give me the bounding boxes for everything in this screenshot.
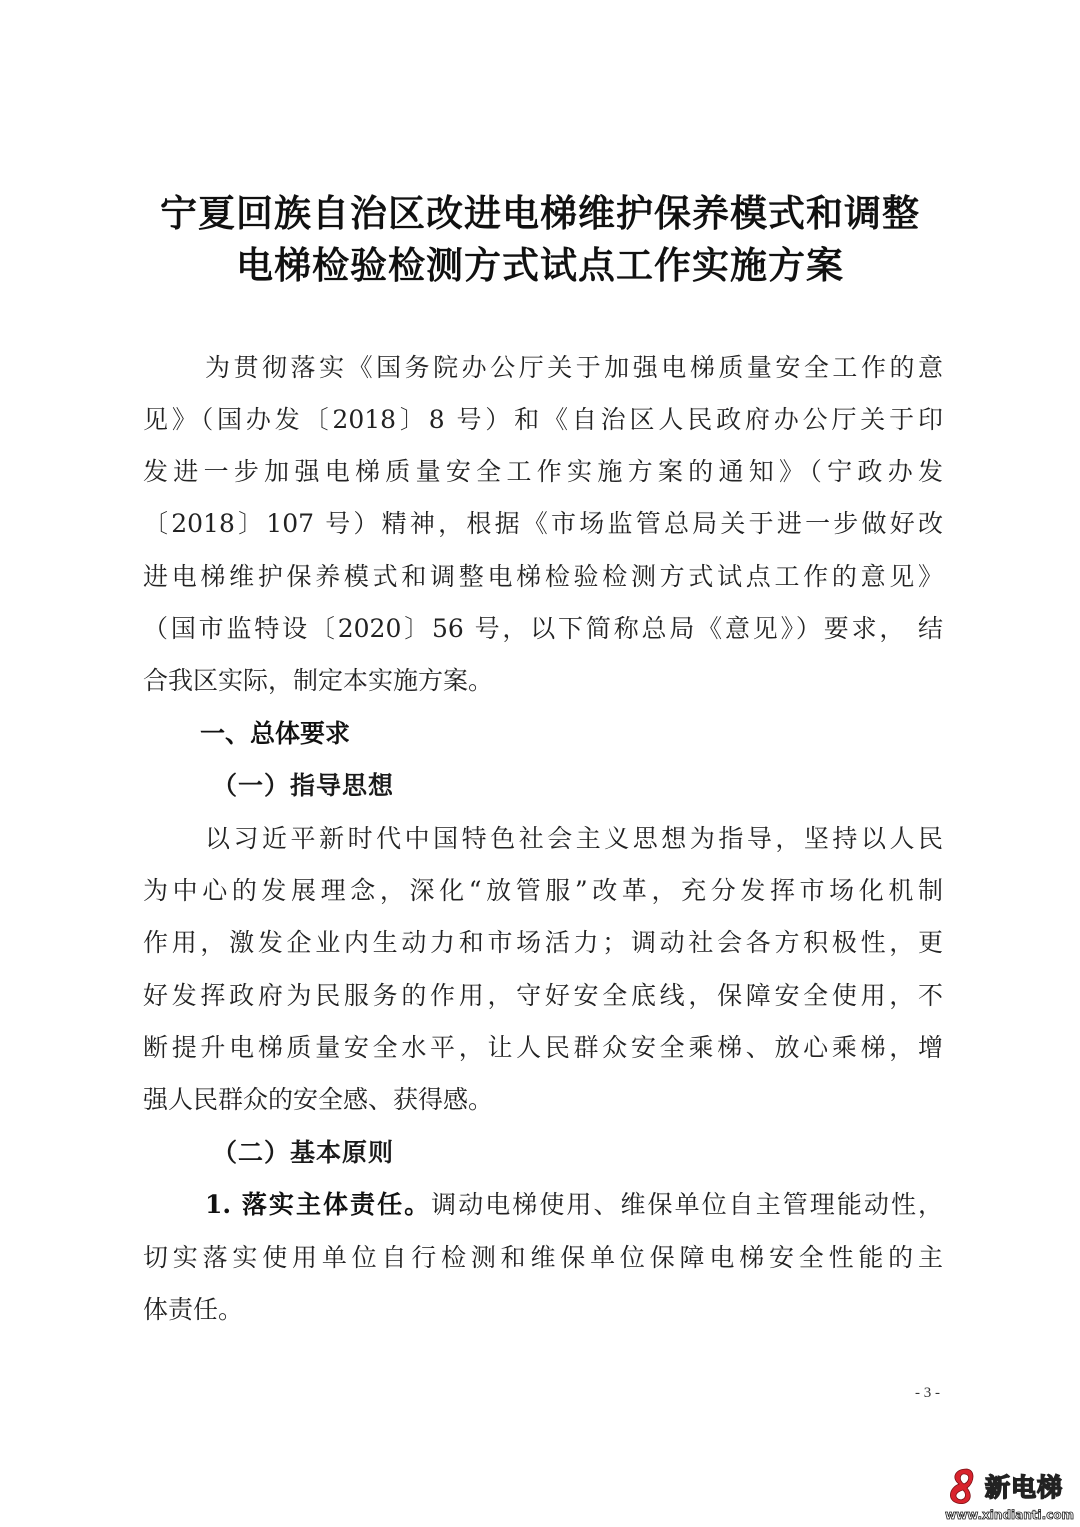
principle-1-lead: 1. 落实主体责任。 — [205, 1190, 431, 1219]
guiding-ideology-line: 作用，激发企业内生动力和市场活力；调动社会各方积极性，更 — [143, 923, 943, 959]
guiding-ideology-line: 断提升电梯质量安全水平，让人民群众安全乘梯、放心乘梯，增 — [143, 1028, 943, 1064]
document-title-line-1: 宁夏回族自治区改进电梯维护保养模式和调整 — [0, 183, 1080, 237]
intro-paragraph-line: （国市监特设〔2020〕56 号，以下简称总局《意见》）要求， 结 — [143, 609, 943, 645]
principle-1-first-line: 1. 落实主体责任。调动电梯使用、维保单位自主管理能动性， — [205, 1185, 943, 1221]
red-figure-8-logo-icon — [945, 1466, 979, 1506]
watermark: 新电梯 www.xindianti.com — [945, 1466, 1077, 1524]
guiding-ideology-line: 强人民群众的安全感、获得感。 — [143, 1080, 493, 1116]
document-title-line-2: 电梯检验检测方式试点工作实施方案 — [0, 235, 1080, 289]
watermark-brand: 新电梯 — [985, 1468, 1063, 1504]
intro-paragraph-line: 见》（国办发〔2018〕8 号）和《自治区人民政府办公厅关于印 — [143, 400, 943, 436]
principle-1-line: 体责任。 — [143, 1290, 243, 1326]
guiding-ideology-line: 好发挥政府为民服务的作用，守好安全底线，保障安全使用，不 — [143, 976, 943, 1012]
intro-paragraph-line: 合我区实际，制定本实施方案。 — [143, 661, 493, 697]
principle-1-line: 切实落实使用单位自行检测和维保单位保障电梯安全性能的主 — [143, 1238, 943, 1274]
guiding-ideology-line: 为中心的发展理念，深化“放管服”改革，充分发挥市场化机制 — [143, 871, 943, 907]
principle-1-text: 调动电梯使用、维保单位自主管理能动性， — [431, 1190, 943, 1219]
intro-paragraph-line: 〔2018〕107 号）精神，根据《市场监管总局关于进一步做好改 — [143, 504, 943, 540]
intro-paragraph-line: 进电梯维护保养模式和调整电梯检验检测方式试点工作的意见》 — [143, 557, 943, 593]
section-heading-general-requirements: 一、总体要求 — [200, 714, 350, 750]
page-number: - 3 - — [915, 1385, 940, 1402]
intro-paragraph-line: 发进一步加强电梯质量安全工作实施方案的通知》（宁政办发 — [143, 452, 943, 488]
document-page: 宁夏回族自治区改进电梯维护保养模式和调整 电梯检验检测方式试点工作实施方案 为贯… — [0, 0, 1080, 1527]
intro-paragraph-line: 为贯彻落实《国务院办公厅关于加强电梯质量安全工作的意 — [205, 348, 943, 384]
guiding-ideology-line: 以习近平新时代中国特色社会主义思想为指导，坚持以人民 — [205, 819, 943, 855]
watermark-url: www.xindianti.com — [945, 1508, 1074, 1522]
subsection-heading-basic-principles: （二）基本原则 — [212, 1133, 394, 1169]
subsection-heading-guiding-ideology: （一）指导思想 — [212, 766, 394, 802]
